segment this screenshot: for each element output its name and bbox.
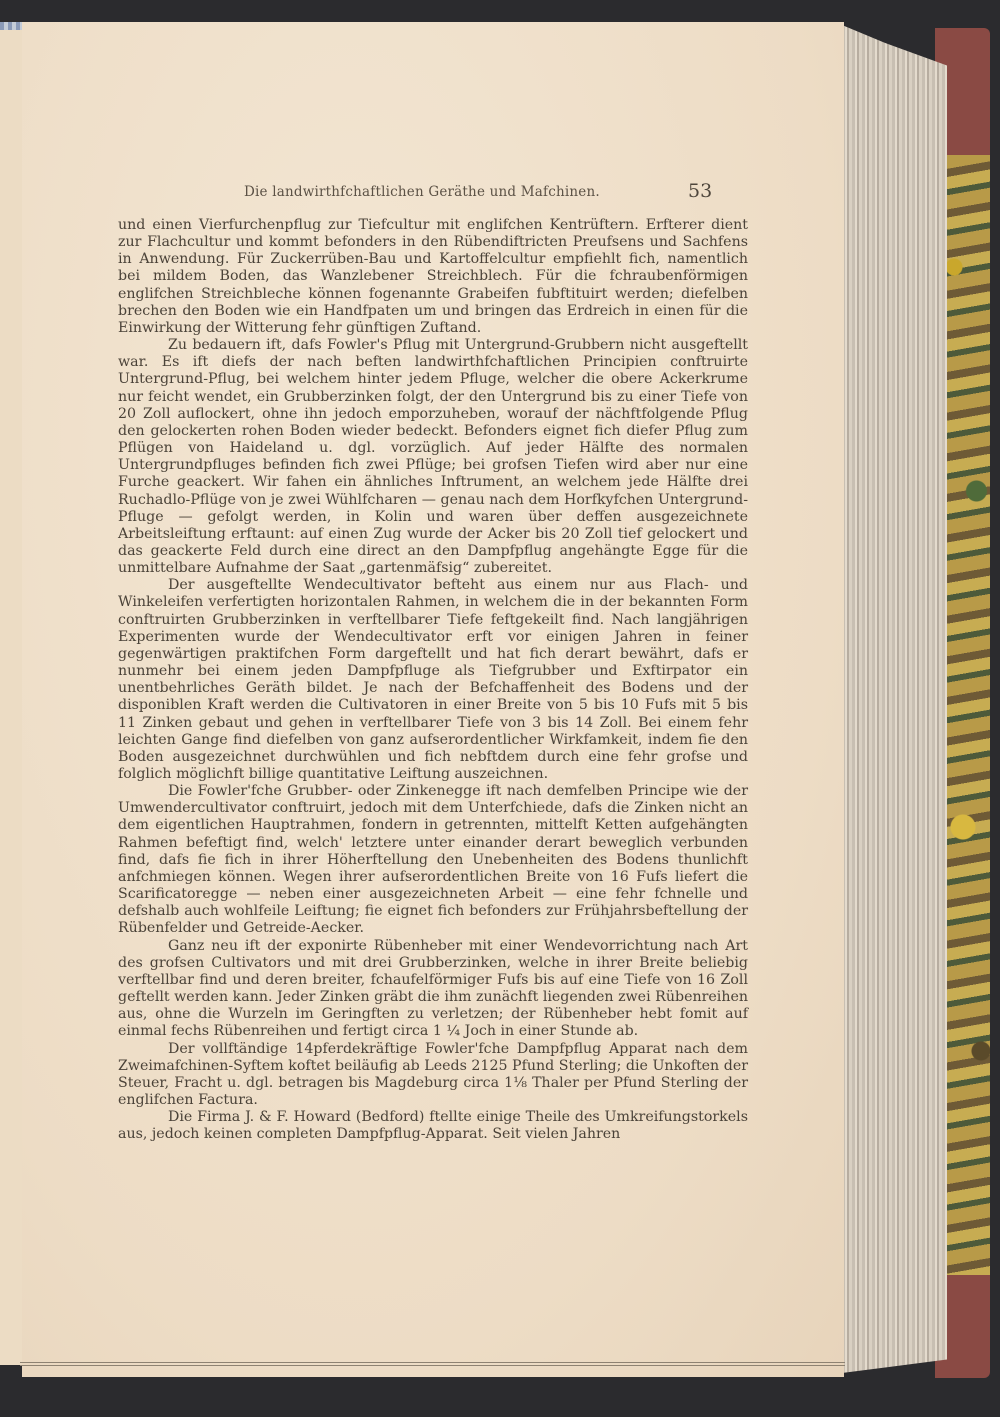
paragraph: Der vollftändige 14pferdekräftige Fowler… <box>118 1041 748 1110</box>
paragraph: und einen Vierfurchenpflug zur Tiefcultu… <box>118 217 748 337</box>
paragraph: Die Fowler'fche Grubber- oder Zinkenegge… <box>118 783 748 937</box>
left-page-edge <box>0 30 23 1365</box>
page-block-edge <box>842 25 947 1373</box>
marbled-board <box>945 155 990 1275</box>
body-text: und einen Vierfurchenpflug zur Tiefcultu… <box>118 217 748 1143</box>
paragraph: Ganz neu ift der exponirte Rübenheber mi… <box>118 938 748 1041</box>
page-number: 53 <box>688 180 712 202</box>
running-head-title: Die landwirthfchaftlichen Geräthe und Ma… <box>244 184 600 200</box>
paragraph: Zu bedauern ift, dafs Fowler's Pflug mit… <box>118 337 748 577</box>
page-bottom-edge <box>20 1362 845 1366</box>
paragraph: Der ausgeftellte Wendecultivator befteht… <box>118 577 748 783</box>
book-page: Die landwirthfchaftlichen Geräthe und Ma… <box>22 22 844 1377</box>
paragraph: Die Firma J. & F. Howard (Bedford) ftell… <box>118 1109 748 1143</box>
